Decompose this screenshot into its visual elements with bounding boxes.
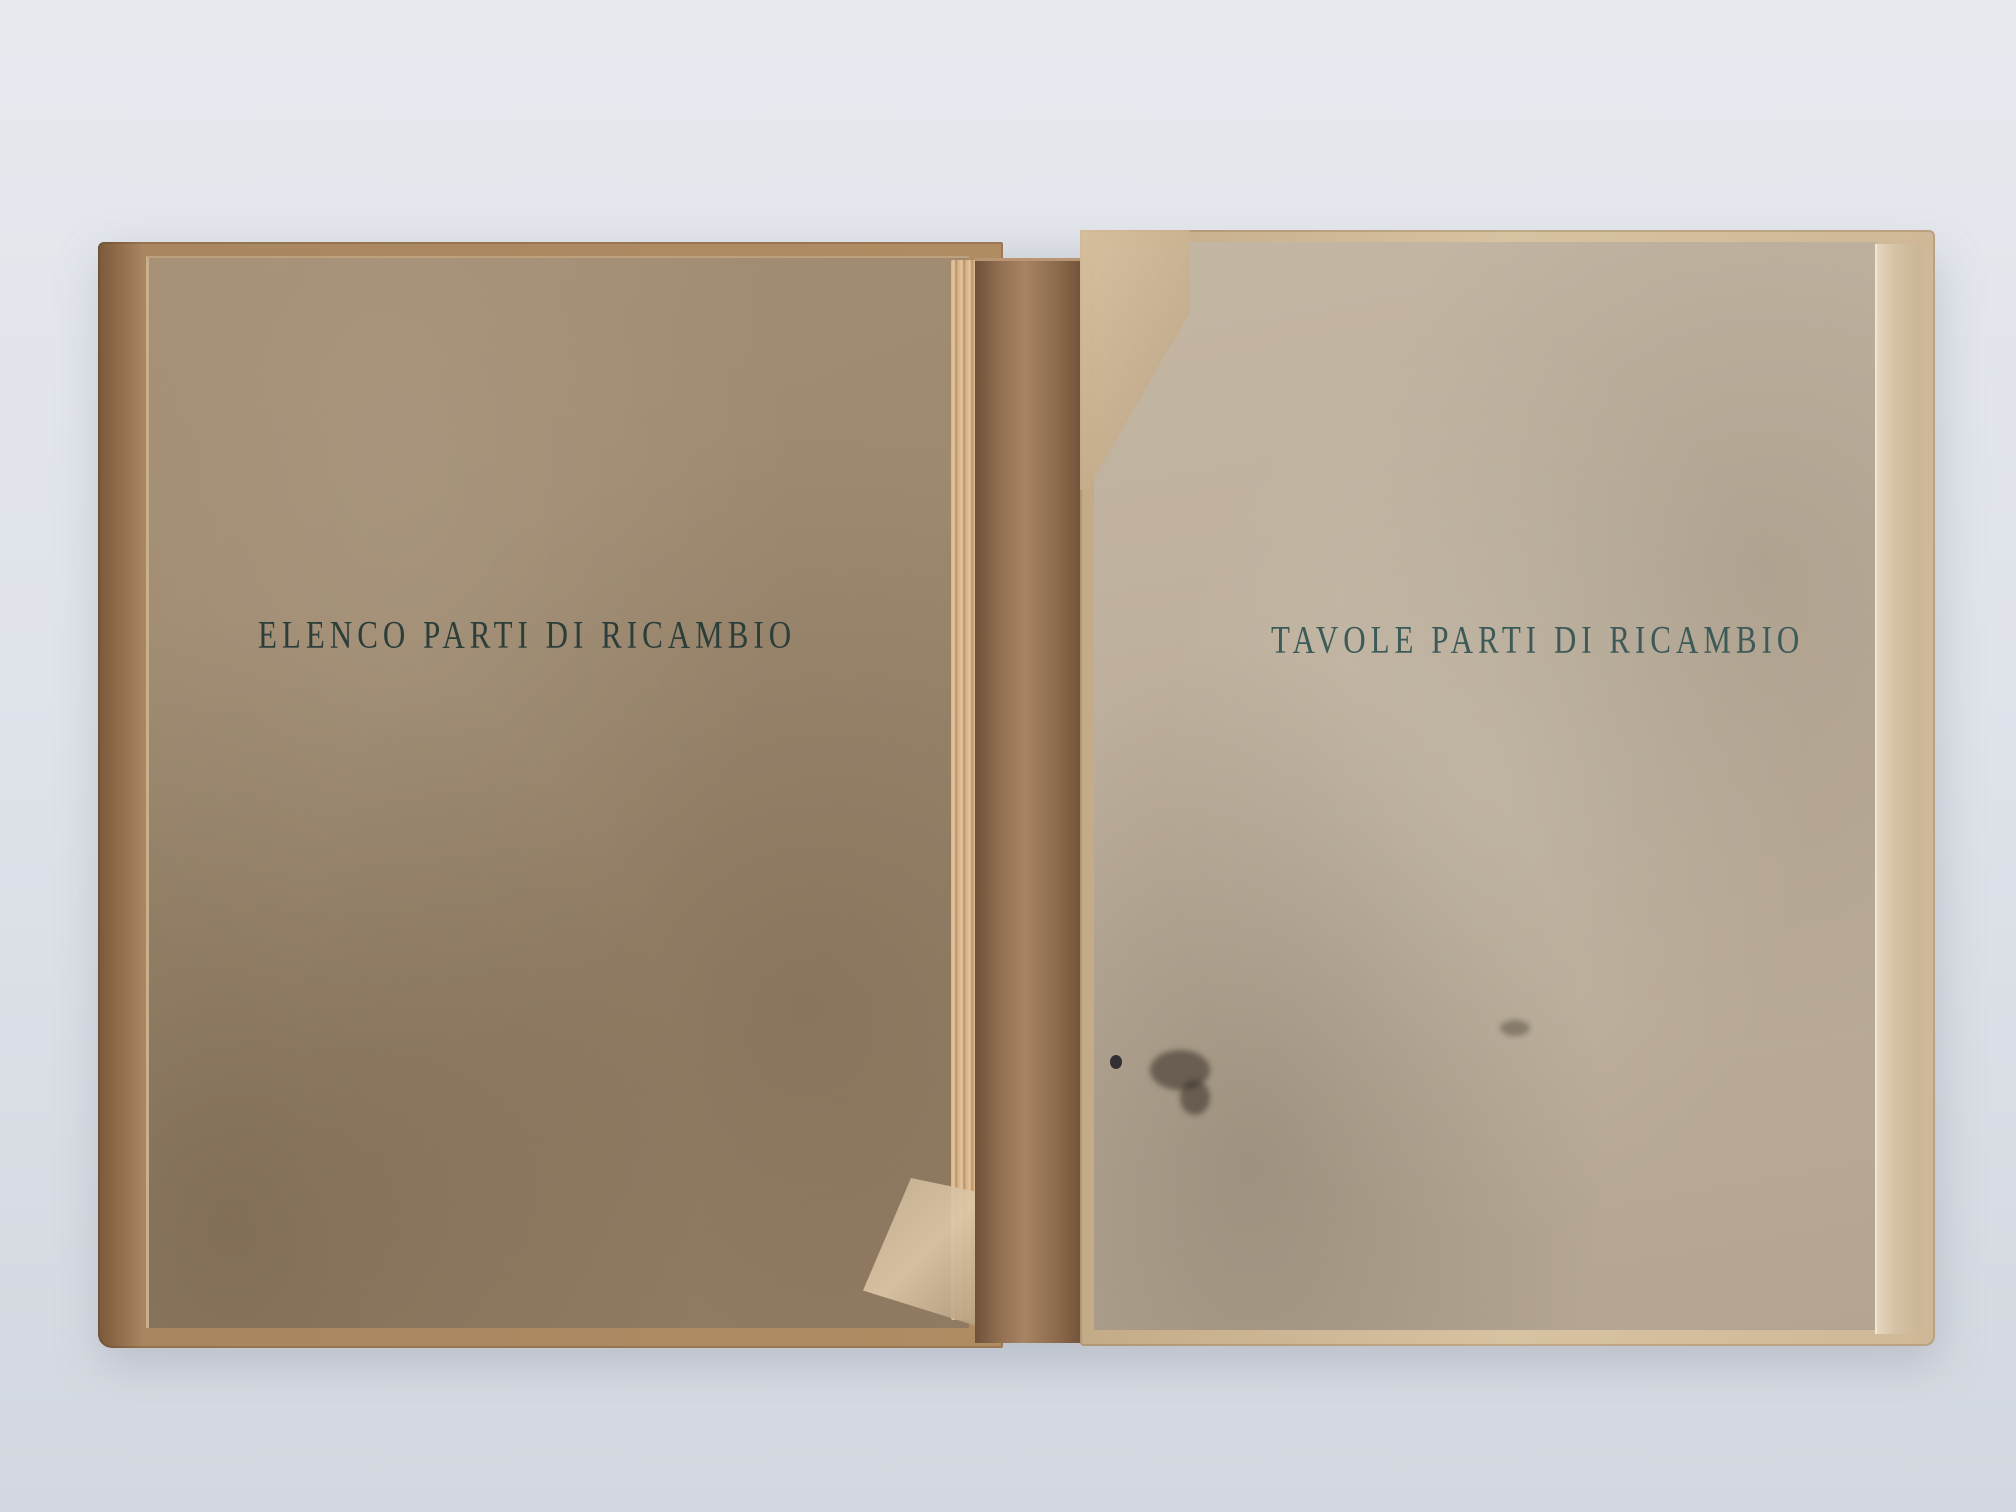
spine <box>975 258 1085 1343</box>
right-booklet-edge <box>1875 244 1921 1334</box>
left-booklet <box>98 242 1003 1348</box>
left-booklet-cover <box>146 256 969 1328</box>
right-booklet-torn-corner <box>1080 230 1190 490</box>
photo-scene: ELENCO PARTI DI RICAMBIO TAVOLE PARTI DI… <box>0 0 2016 1512</box>
stain-mark <box>1500 1020 1530 1036</box>
right-booklet-cover <box>1094 242 1876 1330</box>
stain-mark <box>1110 1055 1122 1069</box>
left-booklet-title: ELENCO PARTI DI RICAMBIO <box>258 613 796 658</box>
right-booklet <box>1080 230 1935 1346</box>
stain-mark <box>1180 1080 1210 1115</box>
right-booklet-title: TAVOLE PARTI DI RICAMBIO <box>1271 618 1804 663</box>
